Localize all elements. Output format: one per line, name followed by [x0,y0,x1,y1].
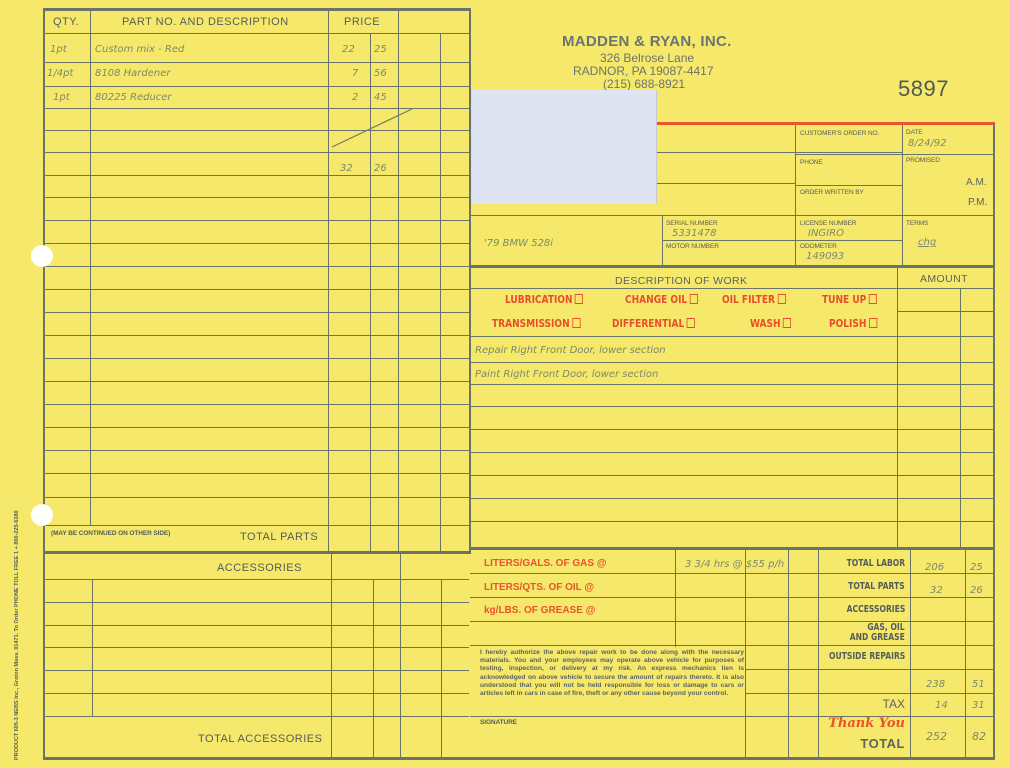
subtotal-cents: 51 [972,679,985,690]
total-dollars: 252 [926,730,947,743]
checkbox-transmission[interactable]: TRANSMISSION [492,317,580,330]
description-of-work-header: DESCRIPTION OF WORK [615,275,747,287]
date-value: 8/24/92 [908,138,947,149]
red-divider [652,122,995,125]
printer-imprint: PRODUCT 605-3 NEBS Inc., Groton Mass. 01… [14,530,20,760]
total-cents: 82 [972,730,986,743]
total-parts-label: TOTAL PARTS [240,531,318,543]
signature-field[interactable] [478,728,743,754]
checkbox-polish[interactable]: POLISH [829,317,877,330]
parts-subtotal-dollars: 32 [340,163,353,174]
checkbox-icon[interactable] [783,318,791,328]
checkbox-differential[interactable]: DIFFERENTIAL [612,317,695,330]
checkbox-wash[interactable]: WASH [750,317,791,330]
checkbox-icon[interactable] [869,318,877,328]
company-city: RADNOR, PA 19087-4417 [573,64,714,78]
description-header: PART NO. AND DESCRIPTION [122,16,289,28]
parts-right-border [469,8,471,554]
company-street: 326 Belrose Lane [600,51,694,65]
total-parts-cents: 26 [970,585,983,596]
checkbox-icon[interactable] [572,318,580,328]
checkbox-icon[interactable] [777,294,785,304]
checkbox-change-oil[interactable]: CHANGE OIL [625,293,698,306]
oil-label: LITERS/QTS. OF OIL @ [484,582,594,593]
thank-you-text: Thank You [828,716,905,731]
binder-hole [31,504,53,526]
checkbox-lubrication[interactable]: LUBRICATION [505,293,583,306]
checkbox-icon[interactable] [687,318,695,328]
odometer-value: 149093 [806,251,844,262]
gas-label: LITERS/GALS. OF GAS @ [484,558,607,569]
serial-number-value: 5331478 [672,228,717,239]
total-labor-cents: 25 [970,562,983,573]
authorization-text: I hereby authorize the above repair work… [480,649,744,698]
total-parts-dollars: 32 [930,585,943,596]
checkbox-icon[interactable] [690,294,698,304]
checkbox-icon[interactable] [575,294,583,304]
parts-subtotal-cents: 26 [374,163,387,174]
amount-header: AMOUNT [920,273,968,285]
work-line: Paint Right Front Door, lower section [475,369,658,380]
checkbox-icon[interactable] [869,294,877,304]
signature-label: SIGNATURE [480,719,517,726]
sticky-note-redaction [472,90,657,204]
work-line: Repair Right Front Door, lower section [475,345,666,356]
price-header: PRICE [344,16,380,28]
qty-header: QTY. [53,16,79,28]
total-accessories-label: TOTAL ACCESSORIES [198,733,322,745]
continued-note: (MAY BE CONTINUED ON OTHER SIDE) [51,530,170,537]
grease-label: kg/LBS. OF GREASE @ [484,605,595,616]
terms-value: chg [918,237,936,248]
company-name: MADDEN & RYAN, INC. [562,33,732,50]
tax-label: TAX [883,697,905,711]
checkbox-tune-up[interactable]: TUNE UP [822,293,877,306]
parts-bottom-border [43,551,471,554]
checkbox-oil-filter[interactable]: OIL FILTER [722,293,786,306]
vehicle-description: '79 BMW 528i [484,238,553,249]
subtotal-dollars: 238 [926,679,945,690]
total-labor-dollars: 206 [925,562,944,573]
accessories-title: ACCESSORIES [217,562,302,574]
labor-note: 3 3/4 hrs @ $55 p/h [685,559,784,570]
total-label: TOTAL [860,736,905,751]
company-phone: (215) 688-8921 [603,77,685,91]
tax-dollars: 14 [935,700,948,711]
binder-hole [31,245,53,267]
tax-cents: 31 [972,700,985,711]
pen-slash-mark [330,105,415,150]
invoice-number: 5897 [898,76,949,102]
license-number-value: INGIRO [808,228,844,239]
parts-top-border [43,8,471,11]
